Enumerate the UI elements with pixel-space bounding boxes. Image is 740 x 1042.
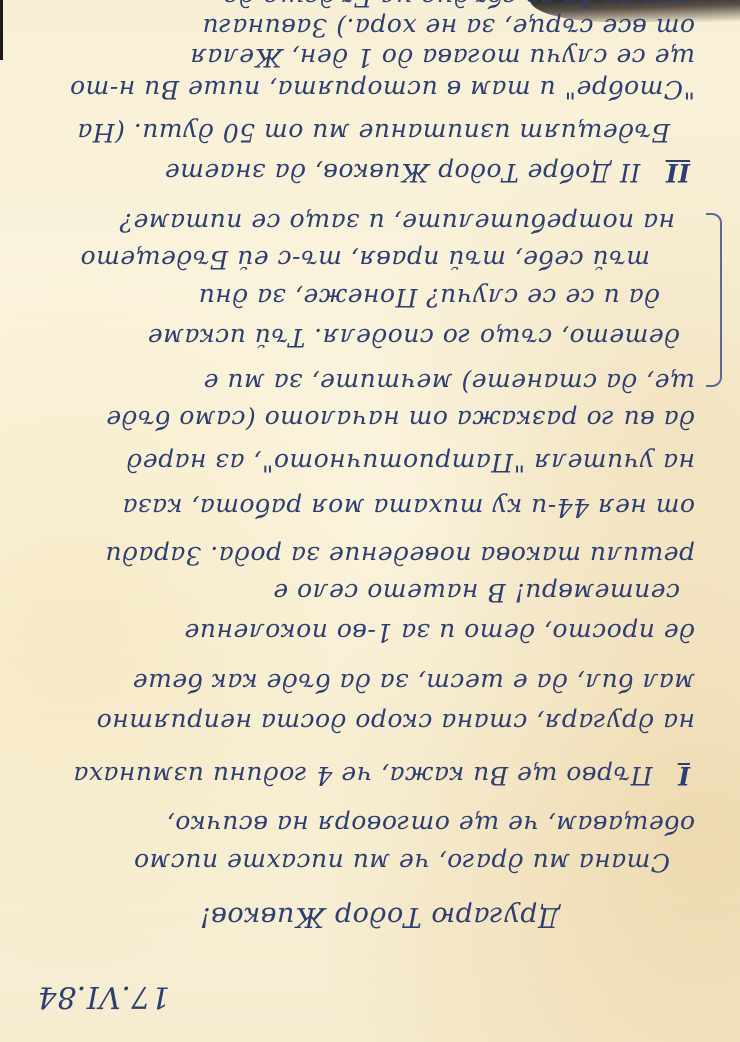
letter-page: 17.VI.84 Другарю Тодор Живков! Стана ми … [0, 0, 740, 1042]
letter-line: от нея 44-и ку тихата моя работа, каза [122, 493, 695, 522]
letter-date: 17.VI.84 [37, 979, 170, 1014]
letter-line: тъй себе, тъй правя, тъ-с ей Бъдещето [80, 245, 650, 274]
rotated-letter: 17.VI.84 Другарю Тодор Живков! Стана ми … [0, 0, 740, 1042]
letter-line: II II Добре Тодор Живков, да знаете [164, 158, 690, 187]
letter-line: да и се се случи? Понеже, за дни [198, 283, 660, 312]
letter-line: Бъдещият изпитание ми от 50 души. (На [77, 118, 670, 147]
section-marker: I [678, 761, 690, 790]
letter-salutation: Другарю Тодор Живков! [199, 901, 560, 932]
letter-line: "Стобре" и там в историята, пише Ви н-то [70, 75, 695, 104]
letter-line: де просто, дето и за 1-во поколение [184, 618, 695, 647]
letter-line: Стана ми драго, че ми писахте писмо [134, 848, 670, 877]
letter-line: от все сърце, за не хора.) Завинаги [202, 13, 695, 42]
letter-line: ще се случи тогава до 1 ден, Желая [190, 43, 695, 72]
letter-line: детето, също го споделя. Тъй искаме [147, 323, 680, 352]
letter-line: решили такова поведение за рода. Заради [105, 541, 695, 570]
letter-line: да ви го разкажа от началото (само бъде [106, 405, 695, 434]
letter-line: мал бил, да е шест, за да бъде как беше [132, 668, 695, 697]
letter-line-text: Първо ще Ви кажа, че 4 години изминаха [73, 761, 653, 790]
letter-line-text: II Добре Тодор Живков, да знаете [164, 158, 640, 187]
margin-bracket [706, 213, 722, 387]
letter-line: съм за да се сбъдне на Бъдеще де [223, 0, 695, 12]
letter-line: на другаря, стана скоро доста неприятно [96, 708, 695, 737]
letter-line: I Първо ще Ви кажа, че 4 години изминаха [73, 761, 690, 790]
letter-line: на потребителите, и защо се питаме? [119, 208, 675, 237]
letter-line: обещавам, че ще отговоря на всичко, [166, 810, 695, 839]
letter-line: ще, да станете) мечтите, за ми е [203, 368, 695, 397]
letter-line: септември! В нашето село е [273, 578, 680, 607]
section-marker: II [666, 158, 690, 187]
letter-line: на учителя "Патриотичното", аз наред [126, 448, 695, 477]
